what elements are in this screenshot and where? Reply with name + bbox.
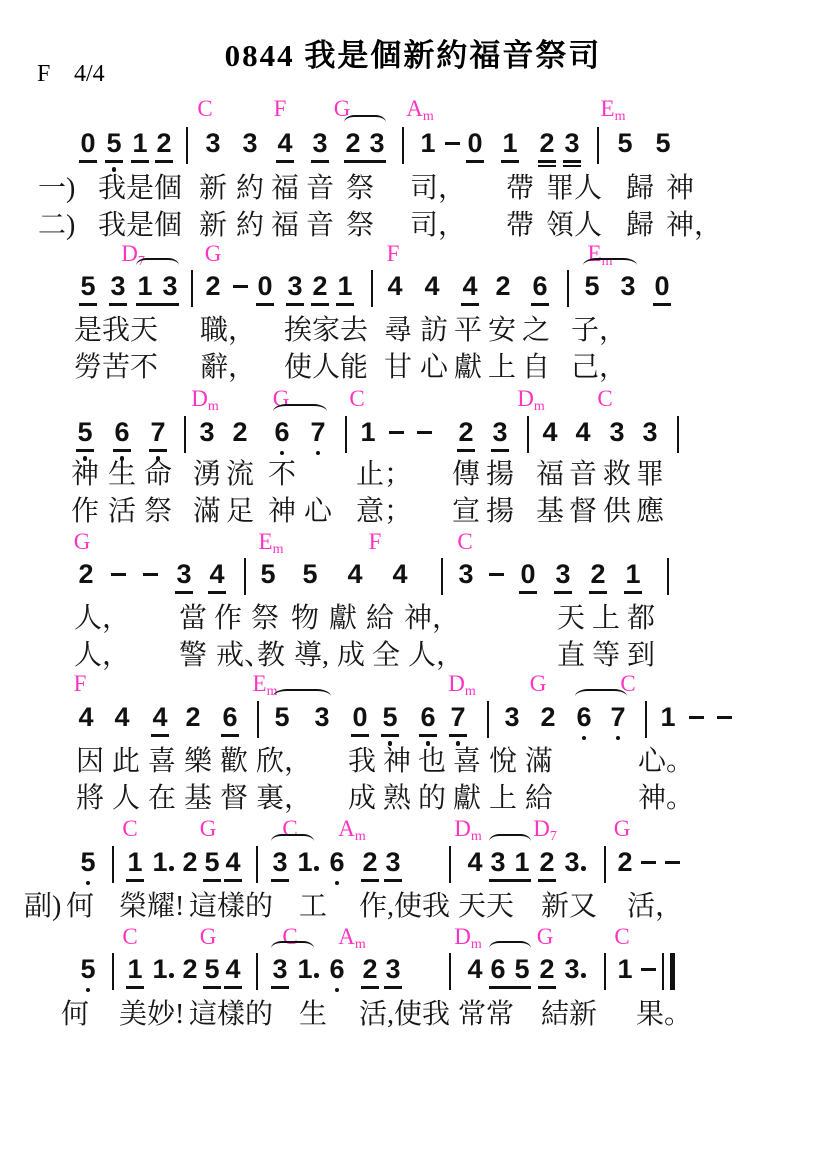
note-number: 5: [584, 273, 599, 300]
slur-arc: [271, 941, 314, 956]
lyric-segment: 天天: [458, 892, 514, 922]
note-number: 0: [352, 704, 367, 731]
note-number: 3: [564, 849, 579, 876]
chord-f: F: [74, 672, 87, 695]
barline: [567, 270, 569, 307]
dash-extension: [389, 431, 404, 434]
note-number: 5: [80, 849, 95, 876]
note-underline: [149, 449, 167, 452]
note-number: 4: [209, 561, 224, 588]
note-number: 6: [490, 956, 505, 983]
lyric-segment: 生: [108, 460, 136, 490]
note-number: 2: [495, 273, 510, 300]
lyric-segment: 不: [268, 460, 296, 490]
lyric-segment: 全: [372, 641, 400, 671]
dash-extension: [489, 573, 504, 576]
lyric-segment: 樂: [184, 747, 212, 777]
dotted-note-dot: [314, 973, 319, 978]
note-number: 5: [80, 956, 95, 983]
note-number: 1: [152, 849, 167, 876]
note-number: 4: [152, 704, 167, 731]
note-number: 4: [462, 273, 477, 300]
dotted-note-dot: [169, 973, 174, 978]
note-number: 3: [555, 561, 570, 588]
barline: [184, 416, 186, 453]
note-number: 7: [450, 704, 465, 731]
barline: [604, 846, 606, 883]
chord-c: C: [614, 925, 629, 948]
note-underline: [491, 449, 509, 452]
lyric-segment: 勞苦不: [74, 353, 158, 383]
lyric-segment: 意；: [356, 497, 412, 527]
lyric-segment: 湧: [193, 460, 221, 490]
lyric-segment: 祭: [346, 211, 374, 241]
note-underline: [126, 879, 144, 882]
note-number: 5: [274, 704, 289, 731]
lyric-segment: 神。: [638, 784, 694, 814]
note-number: 4: [575, 419, 590, 446]
note-underline: [449, 734, 467, 737]
note-underline: [311, 303, 329, 306]
note-underline: [224, 986, 242, 989]
lyric-segment: 這樣的: [189, 1000, 273, 1030]
note-number: 5: [260, 561, 275, 588]
note-underline: [109, 303, 127, 306]
note-number: 2: [458, 419, 473, 446]
chord-c: C: [197, 97, 212, 120]
barline: [662, 953, 664, 990]
note-underline: [538, 165, 556, 168]
note-number: 5: [617, 130, 632, 157]
note-number: 5: [204, 956, 219, 983]
lyric-segment: 熟: [383, 784, 411, 814]
dash-extension: [641, 861, 656, 864]
note-underline: [336, 303, 354, 306]
note-number: 2: [539, 130, 554, 157]
chord-dm: Dm: [454, 817, 482, 844]
lyric-segment: 歸: [626, 211, 654, 241]
lyric-segment: 活，: [627, 892, 683, 922]
note-number: 2: [205, 273, 220, 300]
note-number: 5: [80, 273, 95, 300]
barline: [402, 127, 404, 164]
note-underline: [76, 449, 94, 452]
note-underline: [466, 160, 484, 163]
note-number: 6: [532, 273, 547, 300]
lyric-segment: 神: [268, 497, 296, 527]
note-underline: [155, 160, 173, 163]
note-number: 3: [385, 956, 400, 983]
lyric-segment: 傳: [452, 460, 480, 490]
note-underline: [624, 591, 642, 594]
lyric-segment: 都: [627, 604, 655, 634]
low-octave-dot: [388, 741, 393, 746]
note-number: 4: [225, 956, 240, 983]
lyric-segment: 揚: [486, 497, 514, 527]
lyric-segment: 約: [236, 211, 264, 241]
lyric-segment: 結新: [541, 1000, 597, 1030]
note-number: 2: [185, 704, 200, 731]
dash-extension: [233, 285, 248, 288]
lyric-segment: 之: [522, 316, 550, 346]
lyric-segment: 己，: [571, 353, 627, 383]
lyric-segment: 生: [299, 1000, 327, 1030]
note-number: 2: [156, 130, 171, 157]
note-underline: [221, 734, 239, 737]
lyric-segment: 給: [366, 604, 394, 634]
lyric-segment: 足: [226, 497, 254, 527]
chord-suffix: m: [273, 542, 284, 557]
barline: [371, 270, 373, 307]
lyric-segment: 督: [569, 497, 597, 527]
note-number: 3: [492, 419, 507, 446]
slur-arc: [271, 834, 314, 849]
barline: [186, 127, 188, 164]
note-number: 7: [610, 704, 625, 731]
slur-arc: [583, 258, 637, 273]
chord-suffix: m: [423, 109, 434, 124]
lyric-segment: 基: [184, 784, 212, 814]
note-number: 1: [127, 849, 142, 876]
note-number: 0: [520, 561, 535, 588]
lyric-segment: 給: [525, 784, 553, 814]
lyric-segment: 一): [38, 174, 75, 204]
note-number: 2: [232, 419, 247, 446]
lyric-segment: 祭: [346, 174, 374, 204]
low-octave-dot: [112, 167, 117, 172]
note-number: 1: [420, 130, 435, 157]
lyric-segment: 也: [418, 747, 446, 777]
chord-suffix: m: [465, 684, 476, 699]
lyric-segment: 在: [148, 784, 176, 814]
note-underline: [203, 879, 221, 882]
chord-em: Em: [259, 530, 284, 557]
chord-suffix: 7: [550, 829, 557, 844]
lyric-segment: 新又: [541, 892, 597, 922]
note-number: 3: [242, 130, 257, 157]
chord-g: G: [530, 672, 547, 695]
lyric-segment: 使人能: [284, 353, 368, 383]
note-underline: [538, 986, 556, 989]
lyric-segment: 這樣的: [189, 892, 273, 922]
lyric-segment: 供: [603, 497, 631, 527]
note-number: 6: [329, 956, 344, 983]
lyric-segment: 帶: [506, 174, 534, 204]
lyric-segment: 活,使我: [359, 1000, 450, 1030]
note-underline: [175, 591, 193, 594]
note-number: 1: [660, 704, 675, 731]
low-octave-dot: [86, 881, 91, 886]
lyric-segment: 司，: [410, 174, 466, 204]
lyric-segment: 將: [76, 784, 104, 814]
barline: [604, 953, 606, 990]
slur-arc: [136, 258, 179, 273]
lyric-segment: 喜: [453, 747, 481, 777]
lyric-segment: 自: [522, 353, 550, 383]
note-number: 3: [458, 561, 473, 588]
lyric-segment: 神: [666, 174, 694, 204]
note-number: 1: [625, 561, 640, 588]
barline: [191, 270, 193, 307]
slur-arc: [575, 689, 627, 704]
note-number: 2: [362, 849, 377, 876]
lyric-segment: 司，: [410, 211, 466, 241]
lyric-segment: 應: [636, 497, 664, 527]
key-signature: F: [37, 61, 50, 88]
lyric-segment: 流: [226, 460, 254, 490]
note-number: 6: [222, 704, 237, 731]
note-underline: [276, 160, 294, 163]
chord-suffix: m: [471, 937, 482, 952]
lyric-segment: 帶: [506, 211, 534, 241]
lyric-segment: 上: [489, 784, 517, 814]
chord-c: C: [457, 530, 472, 553]
lyric-segment: 心。: [638, 747, 694, 777]
chord-suffix: m: [615, 109, 626, 124]
barline: [112, 846, 114, 883]
chord-f: F: [274, 97, 287, 120]
note-number: 2: [362, 956, 377, 983]
lyric-segment: 新: [199, 211, 227, 241]
lyric-segment: 作: [71, 497, 99, 527]
note-underline: [554, 591, 572, 594]
lyric-segment: 祭: [251, 604, 279, 634]
lyric-segment: 活: [108, 497, 136, 527]
note-number: 2: [182, 956, 197, 983]
lyric-segment: 挨家去: [284, 316, 368, 346]
note-number: 0: [467, 130, 482, 157]
lyric-segment: 救: [603, 460, 631, 490]
lyric-segment: 福: [271, 174, 299, 204]
chord-am: Am: [406, 97, 434, 124]
lyric-segment: 子，: [571, 316, 627, 346]
note-number: 3: [564, 130, 579, 157]
note-number: 3: [199, 419, 214, 446]
lyric-segment: 人，: [74, 604, 130, 634]
lyric-segment: 副): [24, 892, 61, 922]
lyric-segment: 常常: [458, 1000, 514, 1030]
note-underline: [286, 303, 304, 306]
barline: [527, 416, 529, 453]
lyric-segment: 因: [76, 747, 104, 777]
note-number: 4: [78, 704, 93, 731]
lyric-segment: 領人: [546, 211, 602, 241]
lyric-segment: 等: [592, 641, 620, 671]
lyric-segment: 神: [71, 460, 99, 490]
low-octave-dot: [280, 451, 285, 456]
dash-extension: [689, 716, 704, 719]
note-number: 1: [297, 849, 312, 876]
dash-extension: [717, 716, 732, 719]
low-octave-dot: [456, 741, 461, 746]
slur-arc: [489, 834, 531, 849]
note-number: 1: [502, 130, 517, 157]
note-number: 5: [106, 130, 121, 157]
note-number: 3: [110, 273, 125, 300]
note-number: 4: [467, 956, 482, 983]
chord-c: C: [122, 925, 137, 948]
note-number: 5: [204, 849, 219, 876]
lyric-segment: 當: [179, 604, 207, 634]
dotted-note-dot: [314, 866, 319, 871]
lyric-segment: 祭: [144, 497, 172, 527]
lyric-segment: 教: [257, 641, 285, 671]
lyric-segment: 物: [291, 604, 319, 634]
barline: [441, 558, 443, 595]
chord-g: G: [200, 817, 217, 840]
note-number: 1: [297, 956, 312, 983]
note-number: 3: [205, 130, 220, 157]
dash-extension: [417, 431, 432, 434]
note-number: 5: [302, 561, 317, 588]
note-underline: [271, 986, 289, 989]
note-underline: [151, 734, 169, 737]
lyric-segment: 滿: [193, 497, 221, 527]
note-number: 6: [576, 704, 591, 731]
lyric-segment: 美妙!: [119, 1000, 184, 1030]
note-number: 4: [467, 849, 482, 876]
song-title: 0844 我是個新約福音祭司: [0, 30, 826, 75]
chord-dm: Dm: [448, 672, 476, 699]
note-number: 3: [312, 130, 327, 157]
lyric-segment: 甘: [384, 353, 412, 383]
low-octave-dot: [316, 451, 321, 456]
note-number: 4: [392, 561, 407, 588]
chord-dm: Dm: [454, 925, 482, 952]
note-underline: [538, 160, 556, 163]
lyric-segment: 成: [337, 641, 365, 671]
note-number: 3: [272, 849, 287, 876]
note-number: 2: [590, 561, 605, 588]
note-underline: [79, 160, 97, 163]
low-octave-dot: [335, 881, 340, 886]
barline: [597, 127, 599, 164]
note-number: 5: [382, 704, 397, 731]
lyric-segment: 音: [306, 174, 334, 204]
lyric-segment: 揚: [486, 460, 514, 490]
chord-f: F: [369, 530, 382, 553]
chord-am: Am: [338, 925, 366, 952]
lyric-segment: 獻: [329, 604, 357, 634]
barline: [112, 953, 114, 990]
note-underline: [203, 986, 221, 989]
note-number: 2: [312, 273, 327, 300]
lyric-segment: 何: [66, 892, 94, 922]
lyric-segment: 約: [236, 174, 264, 204]
low-octave-dot: [426, 741, 431, 746]
barline: [645, 701, 647, 738]
note-number: 7: [310, 419, 325, 446]
slur-arc: [273, 404, 327, 419]
lyric-segment: 辭，: [200, 353, 256, 383]
note-underline: [563, 165, 581, 168]
lyric-segment: 神，: [666, 211, 722, 241]
lyric-segment: 二): [38, 211, 75, 241]
note-underline: [126, 986, 144, 989]
lyric-segment: 歡: [220, 747, 248, 777]
note-number: 0: [80, 130, 95, 157]
lyric-segment: 命: [144, 460, 172, 490]
lyric-segment: 獻: [454, 353, 482, 383]
barline: [256, 953, 258, 990]
dash-extension: [111, 573, 126, 576]
chord-g: G: [205, 242, 222, 265]
lyric-segment: 音: [306, 211, 334, 241]
lyric-segment: 到: [627, 641, 655, 671]
note-underline: [589, 591, 607, 594]
chord-dm: Dm: [191, 387, 219, 414]
note-underline: [113, 449, 131, 452]
chord-suffix: m: [471, 829, 482, 844]
note-number: 1: [152, 956, 167, 983]
note-underline: [131, 160, 149, 163]
note-number: 3: [287, 273, 302, 300]
note-number: 2: [617, 849, 632, 876]
lyric-segment: 天: [557, 604, 585, 634]
chord-em: Em: [601, 97, 626, 124]
note-number: 2: [539, 849, 554, 876]
lyric-segment: 何: [61, 1000, 89, 1030]
lyric-segment: 訪: [420, 316, 448, 346]
note-number: 7: [150, 419, 165, 446]
chord-suffix: m: [355, 829, 366, 844]
dash-extension: [665, 861, 680, 864]
note-number: 3: [176, 561, 191, 588]
barline: [256, 846, 258, 883]
note-underline: [563, 160, 581, 163]
note-number: 6: [420, 704, 435, 731]
note-underline: [519, 591, 537, 594]
note-number: 3: [620, 273, 635, 300]
note-number: 1: [127, 956, 142, 983]
note-number: 3: [369, 130, 384, 157]
note-number: 1: [514, 849, 529, 876]
dotted-note-dot: [581, 973, 586, 978]
note-underline: [457, 449, 475, 452]
lyric-segment: 導,: [294, 641, 329, 671]
note-number: 3: [504, 704, 519, 731]
joint-underline: [344, 160, 386, 163]
slur-arc: [489, 941, 531, 956]
lyric-segment: 尋: [384, 316, 412, 346]
chord-suffix: m: [534, 399, 545, 414]
note-number: 3: [609, 419, 624, 446]
lyric-segment: 我: [348, 747, 376, 777]
chord-suffix: m: [355, 937, 366, 952]
lyric-segment: 福: [271, 211, 299, 241]
lyric-segment: 人，: [408, 641, 464, 671]
slur-arc: [273, 689, 331, 704]
lyric-segment: 基: [536, 497, 564, 527]
note-number: 1: [360, 419, 375, 446]
lyric-segment: 直: [557, 641, 585, 671]
time-signature: 4/4: [74, 61, 105, 88]
note-number: 2: [345, 130, 360, 157]
lyric-segment: 的: [418, 784, 446, 814]
barline: [257, 701, 259, 738]
note-number: 5: [514, 956, 529, 983]
note-number: 0: [257, 273, 272, 300]
note-number: 4: [387, 273, 402, 300]
note-number: 3: [564, 956, 579, 983]
lyric-segment: 我是個: [98, 211, 182, 241]
joint-underline: [136, 303, 179, 306]
lyric-segment: 果。: [636, 1000, 692, 1030]
slur-arc: [344, 115, 386, 130]
note-number: 6: [274, 419, 289, 446]
note-number: 6: [114, 419, 129, 446]
chord-g: G: [537, 925, 554, 948]
